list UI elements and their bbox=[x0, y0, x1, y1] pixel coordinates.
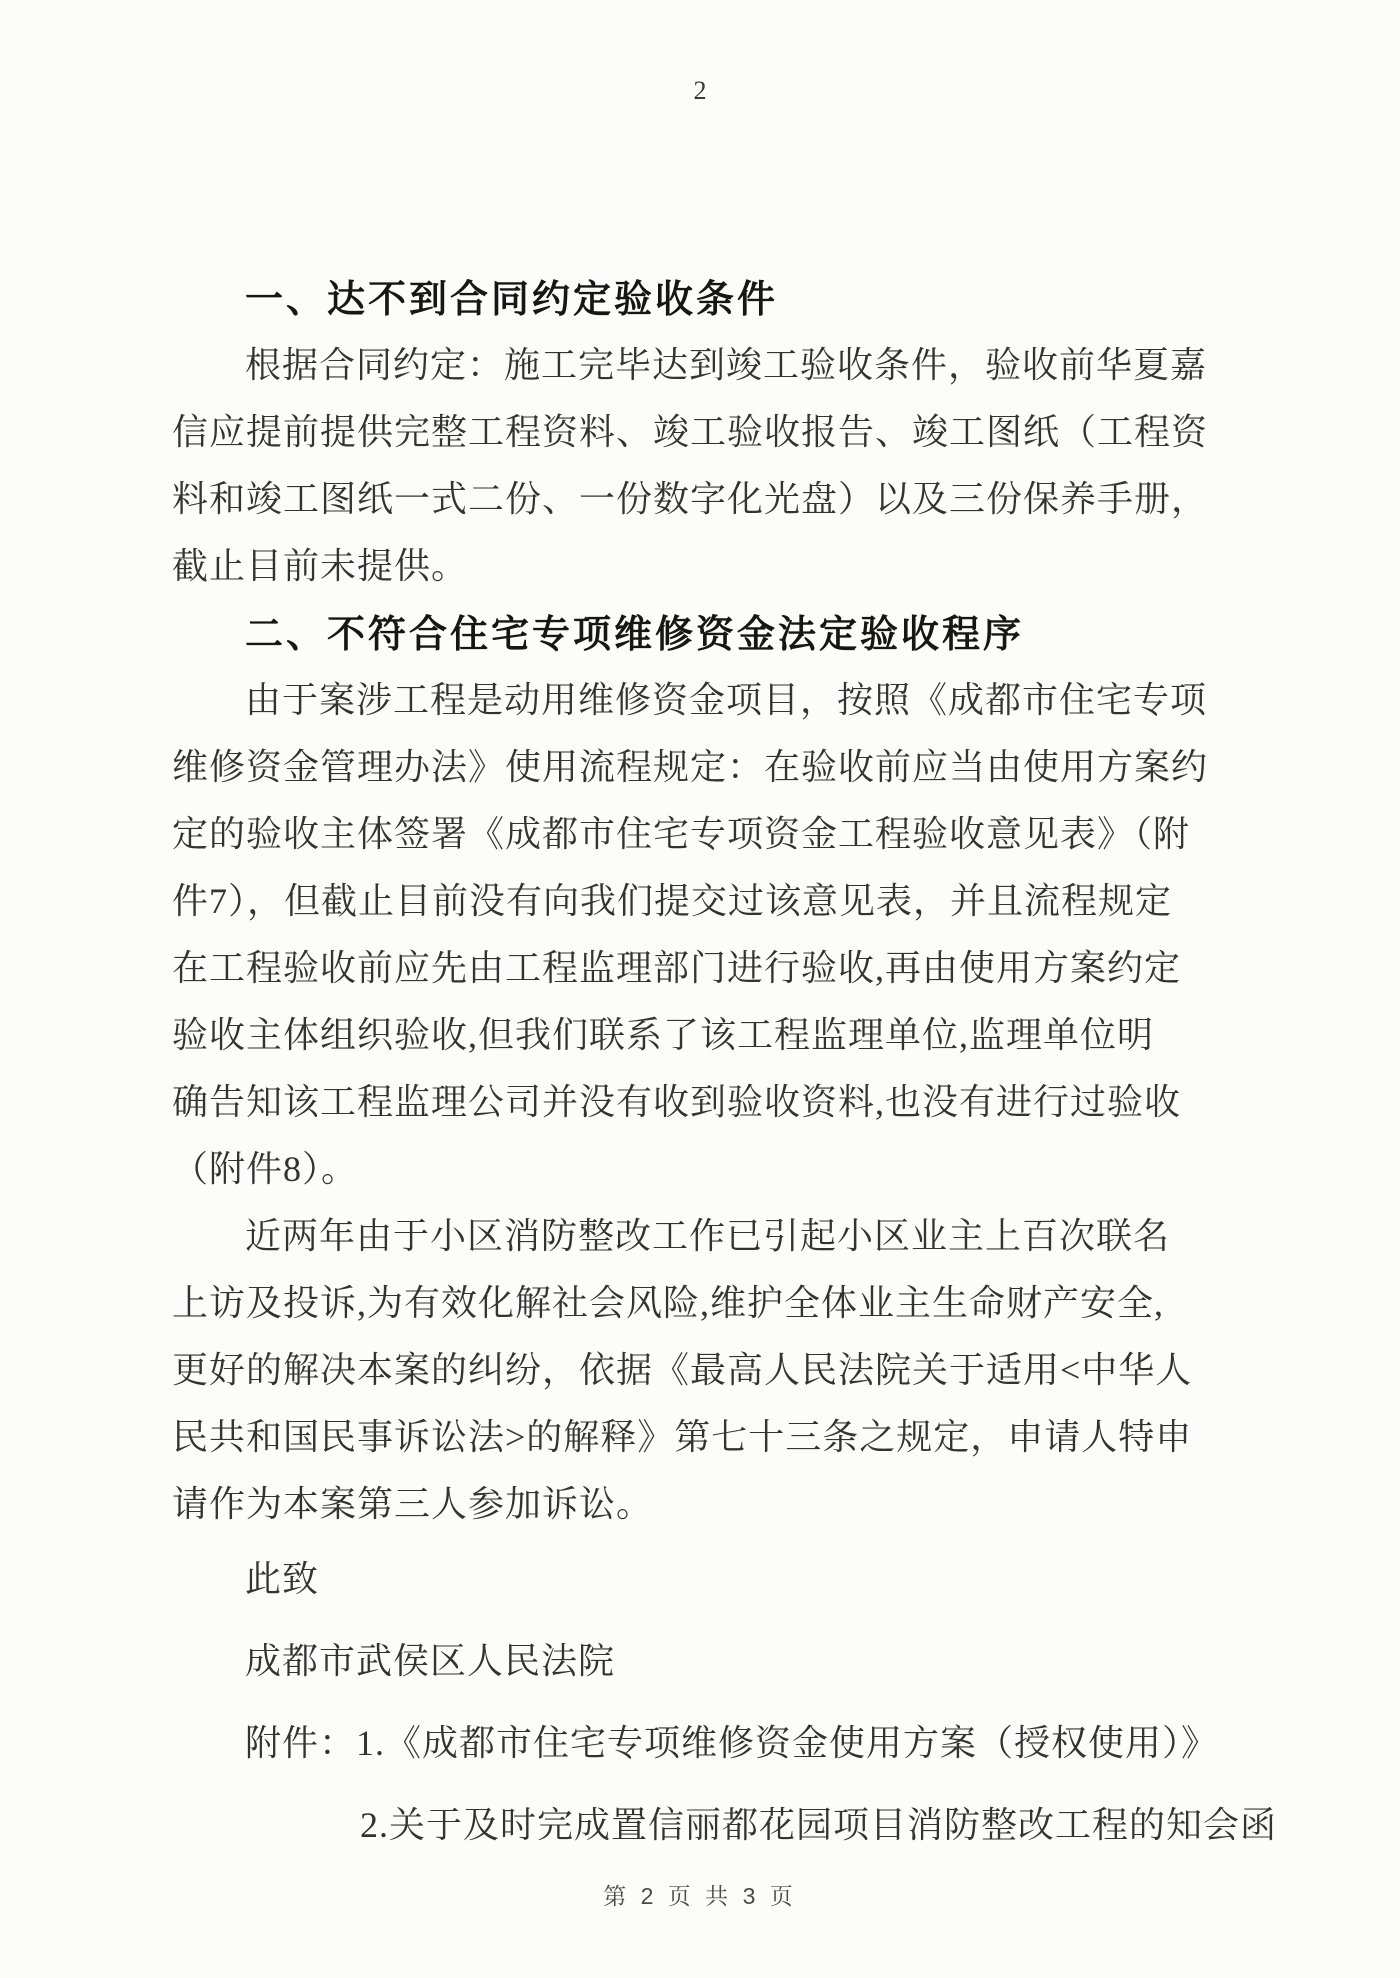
text-line: 截止目前未提供。 bbox=[172, 530, 1216, 597]
text-line: 确告知该工程监理公司并没有收到验收资料,也没有进行过验收 bbox=[172, 1066, 1216, 1133]
text-line: 定的验收主体签署《成都市住宅专项资金工程验收意见表》（附 bbox=[172, 798, 1216, 865]
text-line: 附件：1.《成都市住宅专项维修资金使用方案（授权使用）》 bbox=[172, 1699, 1216, 1781]
text-line: 在工程验收前应先由工程监理部门进行验收,再由使用方案约定 bbox=[172, 932, 1216, 999]
text-line: 此致 bbox=[172, 1535, 1216, 1617]
text-line: 近两年由于小区消防整改工作已引起小区业主上百次联名 bbox=[172, 1200, 1216, 1267]
text-line: 由于案涉工程是动用维修资金项目，按照《成都市住宅专项 bbox=[172, 664, 1216, 731]
text-line: 料和竣工图纸一式二份、一份数字化光盘）以及三份保养手册， bbox=[172, 463, 1216, 530]
text-line: 更好的解决本案的纠纷，依据《最高人民法院关于适用<中华人 bbox=[172, 1334, 1216, 1401]
page-footer: 第 2 页 共 3 页 bbox=[0, 1878, 1400, 1911]
text-line: 信应提前提供完整工程资料、竣工验收报告、竣工图纸（工程资 bbox=[172, 396, 1216, 463]
text-line: 根据合同约定：施工完毕达到竣工验收条件，验收前华夏嘉 bbox=[172, 329, 1216, 396]
text-line: 上访及投诉,为有效化解社会风险,维护全体业主生命财产安全, bbox=[172, 1267, 1216, 1334]
document-lines: 一、达不到合同约定验收条件根据合同约定：施工完毕达到竣工验收条件，验收前华夏嘉信… bbox=[172, 262, 1216, 1863]
text-line: 请作为本案第三人参加诉讼。 bbox=[172, 1468, 1216, 1535]
document-page: 2 一、达不到合同约定验收条件根据合同约定：施工完毕达到竣工验收条件，验收前华夏… bbox=[0, 0, 1400, 1978]
text-line: 件7），但截止目前没有向我们提交过该意见表，并且流程规定 bbox=[172, 865, 1216, 932]
text-line: 维修资金管理办法》使用流程规定：在验收前应当由使用方案约 bbox=[172, 731, 1216, 798]
section-heading: 二、不符合住宅专项维修资金法定验收程序 bbox=[172, 597, 1216, 664]
page-number: 2 bbox=[0, 76, 1400, 106]
text-line: 成都市武侯区人民法院 bbox=[172, 1617, 1216, 1699]
text-line: 民共和国民事诉讼法>的解释》第七十三条之规定，申请人特申 bbox=[172, 1401, 1216, 1468]
text-line: （附件8）。 bbox=[172, 1133, 1216, 1200]
text-line: 2.关于及时完成置信丽都花园项目消防整改工程的知会函 bbox=[172, 1781, 1216, 1863]
section-heading: 一、达不到合同约定验收条件 bbox=[172, 262, 1216, 329]
text-line: 验收主体组织验收,但我们联系了该工程监理单位,监理单位明 bbox=[172, 999, 1216, 1066]
